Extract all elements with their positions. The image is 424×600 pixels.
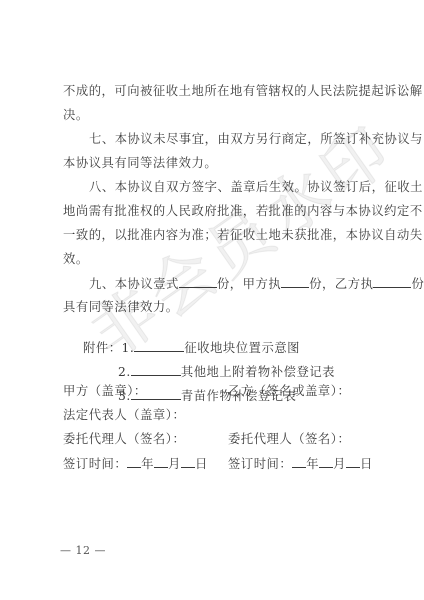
attachment-1-blank: [134, 339, 184, 352]
paragraph-8-line-3: 一致的，以批准内容为准；若征收土地未获批准，本协议自动失: [63, 227, 376, 243]
copies-end-label: 份，: [411, 277, 424, 291]
month-blank: [154, 455, 168, 468]
day-label: 日: [195, 457, 208, 471]
party-b-copies-blank: [373, 275, 411, 288]
paragraph-8-line-1: 八、本协议自双方签字、盖章后生效。协议签订后，征收土: [89, 179, 376, 195]
day-label: 日: [360, 457, 373, 471]
attachments-label: 附件：: [83, 341, 122, 355]
attachment-2-title: 其他地上附着物补偿登记表: [181, 365, 335, 379]
copies-total-label: 九、本协议壹式: [89, 277, 179, 291]
year-label: 年: [141, 457, 154, 471]
paragraph-9-line-1: 九、本协议壹式份，甲方执份，乙方执份，: [89, 275, 424, 292]
month-label: 月: [168, 457, 181, 471]
date-label: 签订时间：: [228, 457, 292, 471]
attachment-1: 附件：1.征收地块位置示意图: [83, 339, 300, 356]
month-blank: [319, 455, 333, 468]
party-b-agent-signature: 委托代理人（签名）：: [228, 431, 350, 447]
party-a-copies-label: 份，甲方执: [217, 277, 281, 291]
day-blank: [346, 455, 360, 468]
paragraph-6-line-1: 不成的，可向被征收土地所在地有管辖权的人民法院提起诉讼解: [63, 83, 376, 99]
month-label: 月: [333, 457, 346, 471]
page-number: — 12 —: [60, 544, 106, 557]
party-a-agent-signature: 委托代理人（签名）：: [63, 431, 185, 447]
date-label: 签订时间：: [63, 457, 127, 471]
legal-representative-seal: 法定代表人（盖章）：: [63, 407, 185, 423]
paragraph-9-line-2: 具有同等法律效力。: [63, 299, 179, 315]
copies-total-blank: [179, 275, 217, 288]
paragraph-8-line-2: 地尚需有批准权的人民政府批准，若批准的内容与本协议约定不: [63, 203, 376, 219]
party-a-copies-blank: [281, 275, 309, 288]
attachment-1-title: 征收地块位置示意图: [184, 341, 300, 355]
year-blank: [127, 455, 141, 468]
attachment-2-blank: [131, 363, 181, 376]
paragraph-8-line-4: 效。: [63, 251, 89, 267]
document-page: 非会员水印 不成的，可向被征收土地所在地有管辖权的人民法院提起诉讼解 决。 七、…: [0, 0, 424, 600]
paragraph-6-line-2: 决。: [63, 107, 89, 123]
year-label: 年: [306, 457, 319, 471]
attachment-1-number: 1.: [122, 340, 135, 356]
party-a-seal: 甲方（盖章）：: [63, 383, 147, 399]
attachment-2: 2.其他地上附着物补偿登记表: [118, 363, 335, 380]
day-blank: [181, 455, 195, 468]
paragraph-7-line-2: 本协议具有同等法律效力。: [63, 155, 217, 171]
party-a-sign-date: 签订时间：年月日: [63, 455, 208, 472]
attachment-2-number: 2.: [118, 364, 131, 380]
party-b-signature: 乙方（签名或盖章）：: [228, 383, 350, 399]
paragraph-7-line-1: 七、本协议未尽事宜，由双方另行商定，所签订补充协议与: [89, 131, 376, 147]
party-b-sign-date: 签订时间：年月日: [228, 455, 373, 472]
year-blank: [292, 455, 306, 468]
party-b-copies-label: 份，乙方执: [309, 277, 373, 291]
